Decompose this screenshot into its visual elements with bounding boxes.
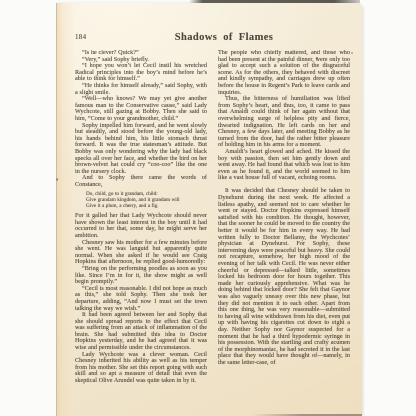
paragraph: Sophy impelled him forward, and he went … xyxy=(75,123,207,176)
paragraph: Amaldi’s heart glowed and ached. He kiss… xyxy=(218,149,350,182)
paragraph: Chesney saw his mother for a few minutes… xyxy=(75,240,207,266)
paragraph: For it galled her that Lady Wychcote sho… xyxy=(75,213,207,239)
paragraph: Thus, the bitterness of humiliation was … xyxy=(218,96,350,149)
paragraph: “Cecil is most reasonable. I did not hop… xyxy=(75,286,207,312)
scanned-page-image: 184 Shadows of Flames “Is he clever? Qui… xyxy=(0,0,416,416)
paragraph: “Bring on the performing poodles as soon… xyxy=(75,266,207,286)
paragraph: “Well—who knows? We may yet give another… xyxy=(75,96,207,122)
verse-line: Give it a plum, a cherry, and a fig. xyxy=(86,204,207,210)
paper-speck xyxy=(316,57,318,59)
paragraph: The people who chiefly mattered, and tho… xyxy=(218,50,350,96)
right-text-column: The people who chiefly mattered, and tho… xyxy=(218,50,350,416)
book-page: 184 Shadows of Flames “Is he clever? Qui… xyxy=(56,3,362,416)
paragraph: “I hope you won’t let Cecil instil his w… xyxy=(75,63,207,83)
text-columns: “Is he clever? Quick?”“Very,” said Sophy… xyxy=(75,50,350,416)
paragraph: It had been agreed between her and Sophy… xyxy=(75,312,207,352)
left-text-column: “Is he clever? Quick?”“Very,” said Sophy… xyxy=(75,50,207,416)
page-number: 184 xyxy=(75,33,86,41)
running-head-title: Shadows of Flames xyxy=(175,32,274,43)
verse-quote: Do, child, go to it grandam, child:Give … xyxy=(86,192,207,210)
paper-speck xyxy=(351,52,353,54)
paper-speck xyxy=(56,178,58,181)
paragraph: And to Sophy there came the words of Con… xyxy=(75,175,207,188)
paragraph: Lady Wychcote was a clever woman. Cecil … xyxy=(75,352,207,385)
paragraph: It was decided that Chesney should be ta… xyxy=(218,188,350,366)
